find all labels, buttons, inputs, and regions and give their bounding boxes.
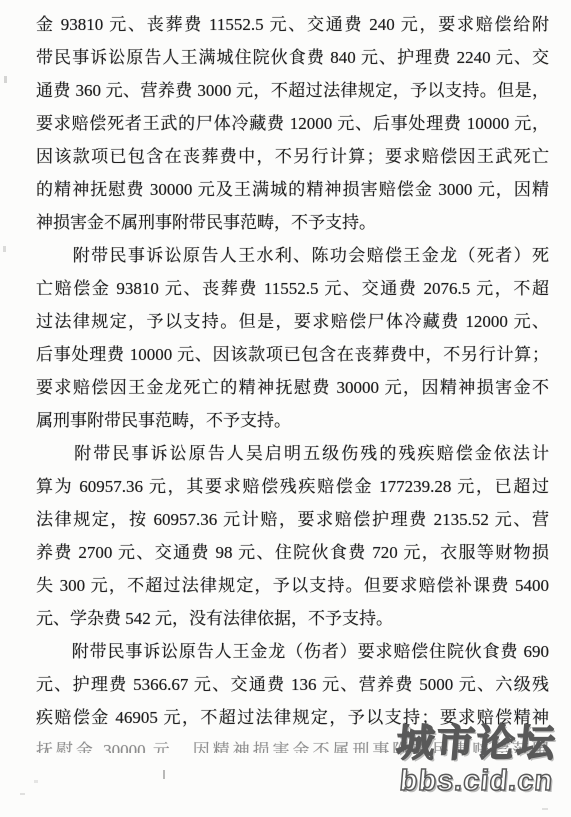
text-line: 元、学杂费 542 元，没有法律依据，不予支持。 [36, 602, 549, 635]
text-line: 的精神抚慰费 30000 元及王满城的精神损害赔偿金 3000 元，因精 [36, 173, 549, 206]
scanned-document-page: 金 93810 元、丧葬费 11552.5 元、交通费 240 元，要求赔偿给附… [0, 0, 571, 817]
text-line: 疾赔偿金 46905 元，不超过法律规定，予以支持；要求赔偿精神 [36, 701, 549, 734]
text-line: 要求赔偿因王金龙死亡的精神抚慰费 30000 元，因精神损害金不 [36, 371, 549, 404]
scan-speck [20, 793, 25, 795]
text-line: 带民事诉讼原告人王满城住院伙食费 840 元、护理费 2240 元、交 [36, 41, 549, 74]
text-line: 金 93810 元、丧葬费 11552.5 元、交通费 240 元，要求赔偿给附 [36, 8, 549, 41]
text-line: 附带民事诉讼原告人王水利、陈功会赔偿王金龙（死者）死 [36, 239, 549, 272]
text-line: 附带民事诉讼原告人王金龙（伤者）要求赔偿住院伙食费 690 [36, 635, 549, 668]
text-line: 失 300 元，不超过法律规定，予以支持。但要求赔偿补课费 5400 [36, 569, 549, 602]
scan-speck [3, 246, 6, 252]
scan-speck [542, 808, 548, 810]
text-line: 过法律规定，予以支持。但是，要求赔偿尸体冷藏费 12000 元、 [36, 305, 549, 338]
text-line: 属刑事附带民事范畴，不予支持。 [36, 404, 549, 437]
text-line: 养费 2700 元、交通费 98 元、住院伙食费 720 元，衣服等财物损 [36, 536, 549, 569]
text-line: 因该款项已包含在丧葬费中，不另行计算；要求赔偿因王武死亡 [36, 140, 549, 173]
text-line: 要求赔偿死者王武的尸体冷藏费 12000 元、后事处理费 10000 元， [36, 107, 549, 140]
document-text: 金 93810 元、丧葬费 11552.5 元、交通费 240 元，要求赔偿给附… [36, 8, 549, 753]
text-line: 法律规定，按 60957.36 元计赔，要求赔偿护理费 2135.52 元、营 [36, 503, 549, 536]
text-line: 元、护理费 5366.67 元、交通费 136 元、营养费 5000 元、六级残 [36, 668, 549, 701]
scan-speck [163, 770, 165, 779]
text-line: 算为 60957.36 元，其要求赔偿残疾赔偿金 177239.28 元，已超过 [36, 470, 549, 503]
text-line: 附带民事诉讼原告人吴启明五级伤残的残疾赔偿金依法计 [36, 437, 549, 470]
watermark-url: bbs.cid.cn [392, 764, 555, 798]
text-line: 通费 360 元、营养费 3000 元，不超过法律规定，予以支持。但是， [36, 74, 549, 107]
text-line-clipped: 抚慰金 30000 元，因精神损害金不属刑事附带民事赔偿范围 [36, 734, 549, 753]
scan-speck [34, 780, 38, 783]
text-line: 神损害金不属刑事附带民事范畴，不予支持。 [36, 206, 549, 239]
text-line: 亡赔偿金 93810 元、丧葬费 11552.5 元、交通费 2076.5 元，… [36, 272, 549, 305]
scan-speck [4, 76, 7, 83]
text-line: 后事处理费 10000 元、因该款项已包含在丧葬费中，不另行计算； [36, 338, 549, 371]
